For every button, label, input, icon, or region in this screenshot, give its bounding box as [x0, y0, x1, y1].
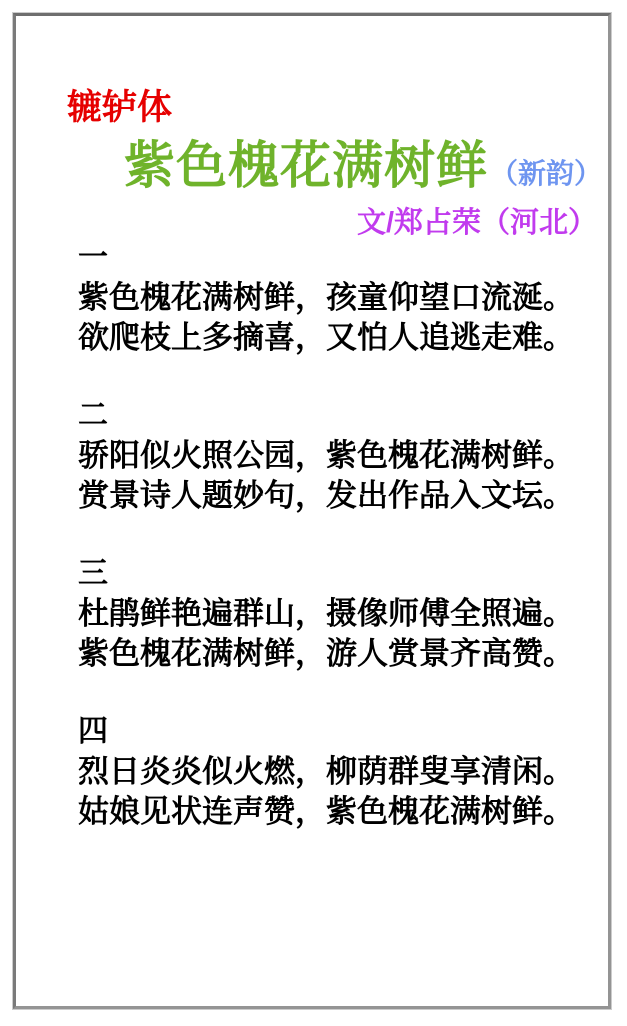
stanza-2-line-2: 赏景诗人题妙句，发出作品入文坛。	[78, 476, 574, 516]
poem-body: 一 紫色槐花满树鲜，孩童仰望口流涎。 欲爬枝上多摘喜，又怕人追逃走难。 二 骄阳…	[78, 238, 574, 870]
stanza-2: 二 骄阳似火照公园，紫色槐花满树鲜。 赏景诗人题妙句，发出作品入文坛。	[78, 396, 574, 516]
stanza-1-number: 一	[78, 238, 574, 278]
stanza-4-number: 四	[78, 712, 574, 752]
stanza-4-line-2: 姑娘见状连声赞，紫色槐花满树鲜。	[78, 792, 574, 832]
byline: 文/郑占荣（河北）	[357, 200, 597, 241]
poem-form-label: 辘轳体	[67, 90, 172, 125]
poem-title: 紫色槐花满树鲜	[124, 137, 488, 196]
stanza-1-line-2: 欲爬枝上多摘喜，又怕人追逃走难。	[78, 318, 574, 358]
stanza-3-line-2: 紫色槐花满树鲜，游人赏景齐高赞。	[78, 634, 574, 674]
stanza-2-number: 二	[78, 396, 574, 436]
stanza-3: 三 杜鹃鲜艳遍群山，摄像师傅全照遍。 紫色槐花满树鲜，游人赏景齐高赞。	[78, 554, 574, 674]
stanza-3-line-1: 杜鹃鲜艳遍群山，摄像师傅全照遍。	[78, 594, 574, 634]
title-rhyme-note: （新韵）	[490, 152, 602, 192]
title-row: 紫色槐花满树鲜 （新韵）	[124, 137, 602, 196]
stanza-2-line-1: 骄阳似火照公园，紫色槐花满树鲜。	[78, 436, 574, 476]
page-frame: 辘轳体 紫色槐花满树鲜 （新韵） 文/郑占荣（河北） 一 紫色槐花满树鲜，孩童仰…	[13, 13, 611, 1009]
poem-image-canvas: 辘轳体 紫色槐花满树鲜 （新韵） 文/郑占荣（河北） 一 紫色槐花满树鲜，孩童仰…	[0, 0, 627, 1026]
stanza-4: 四 烈日炎炎似火燃，柳荫群叟享清闲。 姑娘见状连声赞，紫色槐花满树鲜。	[78, 712, 574, 832]
stanza-3-number: 三	[78, 554, 574, 594]
stanza-1-line-1: 紫色槐花满树鲜，孩童仰望口流涎。	[78, 278, 574, 318]
stanza-4-line-1: 烈日炎炎似火燃，柳荫群叟享清闲。	[78, 752, 574, 792]
stanza-1: 一 紫色槐花满树鲜，孩童仰望口流涎。 欲爬枝上多摘喜，又怕人追逃走难。	[78, 238, 574, 358]
